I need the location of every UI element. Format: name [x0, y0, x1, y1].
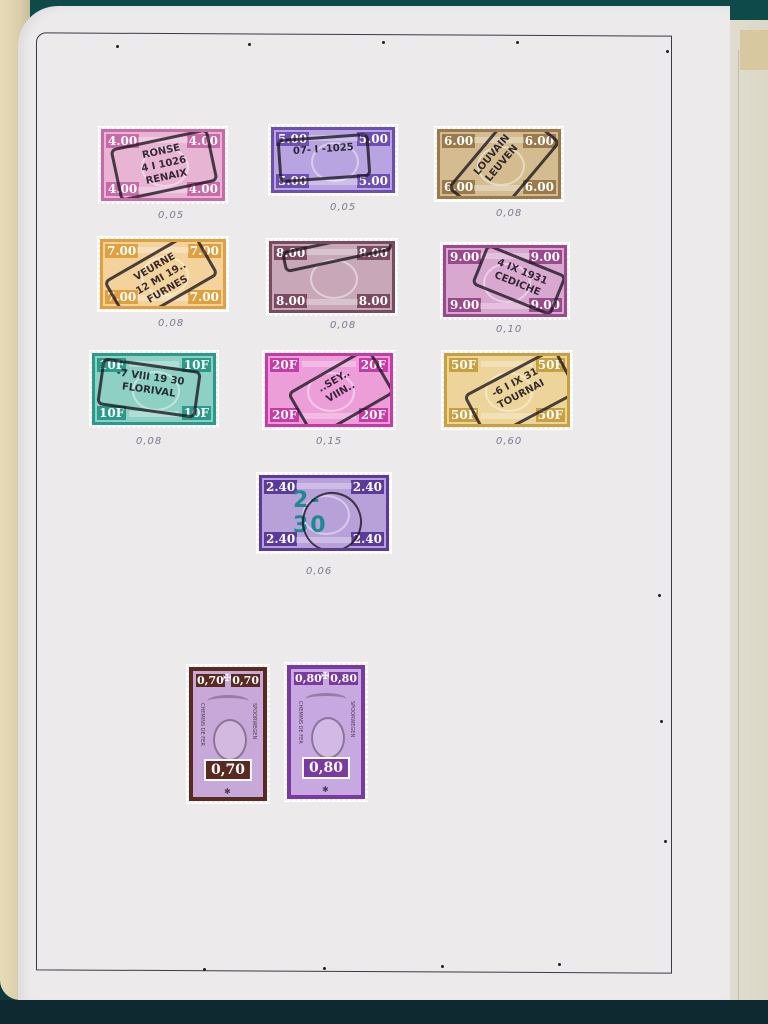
- guide-dot: [660, 720, 663, 723]
- stamp-9-00: 9.00 9.00 9.00 9.00 4 IX 1931CEDICHE: [440, 242, 570, 320]
- stamp-6-00: 6.00 6.00 6.00 6.00 LOUVAINLEUVEN: [434, 126, 564, 202]
- coat-of-arms-icon: [213, 719, 247, 761]
- guide-dot: [441, 965, 444, 968]
- star-icon: ✱: [322, 785, 329, 794]
- pencil-price-note: 0,60: [496, 436, 522, 447]
- guide-dot: [558, 963, 561, 966]
- guide-dot: [116, 45, 119, 48]
- stamp-inscription: CHEMINS DE FER: [199, 703, 205, 746]
- stamp-denomination: 0,80: [294, 672, 323, 685]
- stamp-5-00: 5.00 5.00 5.00 5.00 07- I -1025: [268, 124, 398, 196]
- stamp-denomination: 0,70: [231, 674, 260, 687]
- page-leaf-edge: [738, 50, 739, 1000]
- winged-wheel-icon: [207, 695, 249, 708]
- guide-dot: [516, 41, 519, 44]
- stamp-denomination-large: 0,70: [204, 759, 252, 781]
- pencil-price-note: 0,08: [496, 208, 522, 219]
- stamp-4-00: 4.00 4.00 4.00 4.00 RONSE4 I 1026RENAIX: [98, 126, 228, 204]
- stamp-denomination: 20F: [270, 358, 299, 372]
- stamp-denomination-large: 0,80: [302, 757, 350, 779]
- star-icon: ✱: [224, 787, 231, 796]
- stamp-inscription: CHEMINS DE FER: [297, 701, 303, 744]
- pencil-price-note: 0,08: [330, 320, 356, 331]
- guide-dot: [658, 594, 661, 597]
- stamp-denomination: 20F: [270, 408, 299, 422]
- stamp-denomination: 7.00: [188, 290, 221, 304]
- guide-dot: [382, 41, 385, 44]
- stamp-0-70: 0,70 0,70 ✠ CHEMINS DE FER SPOORWEGEN 0,…: [186, 664, 270, 804]
- stamp-denomination: 9.00: [448, 298, 481, 312]
- pencil-price-note: 0,15: [316, 436, 342, 447]
- pencil-price-note: 0,05: [158, 210, 184, 221]
- guide-dot: [203, 968, 206, 971]
- coat-of-arms-icon: [311, 717, 345, 759]
- stamp-denomination: 8.00: [357, 294, 390, 308]
- stamp-0-80: 0,80 0,80 ✠ CHEMINS DE FER SPOORWEGEN 0,…: [284, 662, 368, 802]
- stamp-denomination: 7.00: [105, 244, 138, 258]
- stamp-denomination: 50F: [449, 358, 478, 372]
- stamp-denomination: 2.40: [351, 480, 384, 494]
- guide-dot: [248, 43, 251, 46]
- cross-icon: ✠: [321, 671, 329, 682]
- stamp-inscription: SPOORWEGEN: [349, 701, 355, 737]
- stamp-10F: 10F 10F 10F 10F -7 VIII 19 30FLORIVAL: [89, 350, 219, 428]
- cross-icon: ✠: [223, 673, 231, 684]
- stamp-2-40: 2.40 2.40 2.40 2.40 2-30: [256, 472, 392, 554]
- stamp-denomination: 0,80: [329, 672, 358, 685]
- stamp-20F: 20F 20F 20F 20F ..SEY..VIIN..: [262, 350, 396, 430]
- pencil-price-note: 0,08: [158, 318, 184, 329]
- pencil-price-note: 0,10: [496, 324, 522, 335]
- pencil-price-note: 0,08: [136, 436, 162, 447]
- winged-wheel-icon: [305, 693, 347, 706]
- background-table-bottom: [0, 1000, 768, 1024]
- stamp-denomination: 0,70: [196, 674, 225, 687]
- stamp-denomination: 6.00: [442, 134, 475, 148]
- stamp-50F: 50F 50F 50F 50F -6 I IX 31TOURNAI: [441, 350, 573, 430]
- stamp-7-00: 7.00 7.00 7.00 7.00 VEURNE12 MI 19..FURN…: [97, 236, 229, 312]
- stamp-denomination: 9.00: [448, 250, 481, 264]
- stamp-denomination: 6.00: [523, 180, 556, 194]
- guide-dot: [323, 967, 326, 970]
- stamp-8-00: 8.00 8.00 8.00 8.00: [266, 238, 398, 316]
- pencil-price-note: 0,06: [306, 566, 332, 577]
- postmark-cancel: 07- I -1025: [277, 133, 372, 183]
- stamp-denomination: 8.00: [274, 294, 307, 308]
- guide-dot: [664, 840, 667, 843]
- stamp-inscription-band: [306, 299, 358, 305]
- page-tab: [740, 30, 768, 70]
- pencil-price-note: 0,05: [330, 202, 356, 213]
- postmark-text: 07- I -1025: [280, 140, 367, 159]
- guide-dot: [666, 50, 669, 53]
- stamp-inscription: SPOORWEGEN: [251, 703, 257, 739]
